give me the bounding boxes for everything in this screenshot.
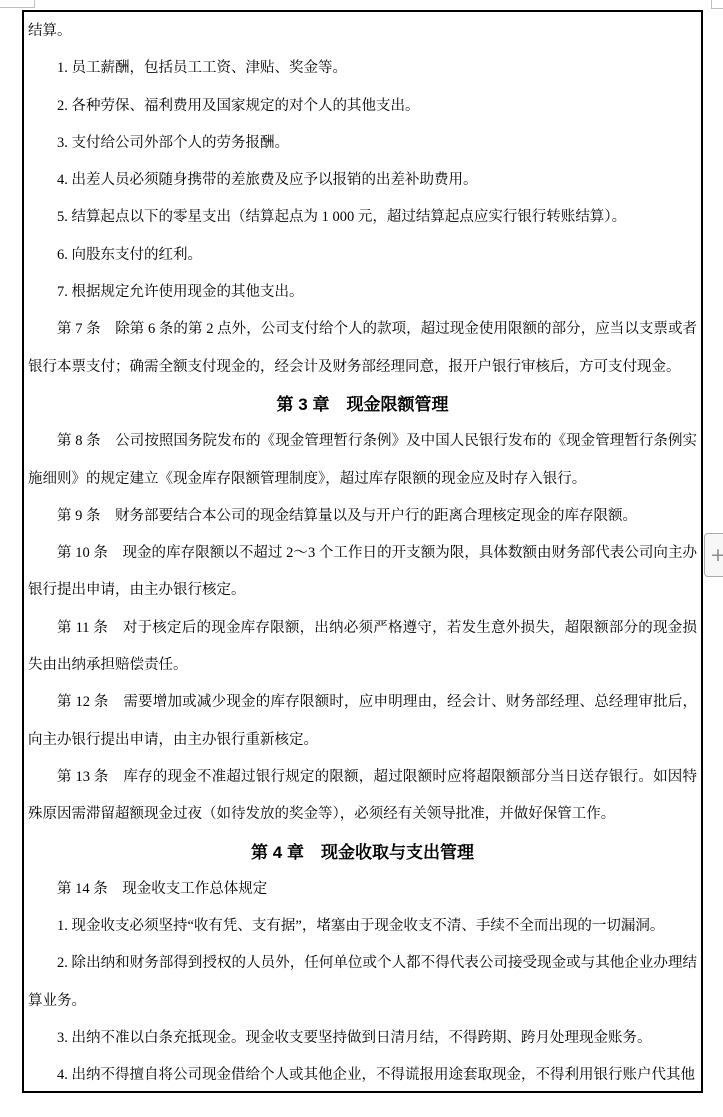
- page-corner-mark-right: [711, 0, 723, 9]
- paragraph: 4. 出差人员必须随身携带的差旅费及应予以报销的出差补助费用。: [28, 162, 697, 199]
- paragraph: 5. 结算起点以下的零星支出（结算起点为 1 000 元，超过结算起点应实行银行…: [28, 199, 697, 236]
- paragraph: 第 13 条 库存的现金不准超过银行规定的限额，超过限额时应将超限额部分当日送存…: [28, 759, 697, 834]
- paragraph: 第 10 条 现金的库存限额以不超过 2～3 个工作日的开支额为限，具体数额由财…: [28, 535, 697, 610]
- section-heading: 第 4 章 现金收取与支出管理: [28, 834, 697, 871]
- expand-plus-button[interactable]: +: [704, 533, 723, 577]
- paragraph: 结算。: [28, 13, 697, 50]
- paragraph: 2. 各种劳保、福利费用及国家规定的对个人的其他支出。: [28, 88, 697, 125]
- paragraph: 7. 根据规定允许使用现金的其他支出。: [28, 274, 697, 311]
- paragraph: 第 9 条 财务部要结合本公司的现金结算量以及与开户行的距离合理核定现金的库存限…: [28, 498, 697, 535]
- paragraph: 2. 除出纳和财务部得到授权的人员外，任何单位或个人都不得代表公司接受现金或与其…: [28, 945, 697, 1020]
- paragraph: 3. 出纳不准以白条充抵现金。现金收支要坚持做到日清月结，不得跨期、跨月处理现金…: [28, 1020, 697, 1057]
- paragraph: 1. 现金收支必须坚持“收有凭、支有据”，堵塞由于现金收支不清、手续不全而出现的…: [28, 908, 697, 945]
- paragraph: 6. 向股东支付的红利。: [28, 237, 697, 274]
- paragraph: 第 11 条 对于核定后的现金库存限额，出纳必须严格遵守，若发生意外损失，超限额…: [28, 610, 697, 685]
- document-page: 结算。1. 员工薪酬，包括员工工资、津贴、奖金等。2. 各种劳保、福利费用及国家…: [22, 10, 703, 1093]
- paragraph: 第 14 条 现金收支工作总体规定: [28, 871, 697, 908]
- paragraph: 第 12 条 需要增加或减少现金的库存限额时，应申明理由，经会计、财务部经理、总…: [28, 684, 697, 759]
- page-corner-mark-left: [0, 0, 35, 8]
- paragraph: 1. 员工薪酬，包括员工工资、津贴、奖金等。: [28, 50, 697, 87]
- paragraph: 第 8 条 公司按照国务院发布的《现金管理暂行条例》及中国人民银行发布的《现金管…: [28, 423, 697, 498]
- paragraph: 3. 支付给公司外部个人的劳务报酬。: [28, 125, 697, 162]
- section-heading: 第 3 章 现金限额管理: [28, 386, 697, 423]
- paragraph: 第 7 条 除第 6 条的第 2 点外，公司支付给个人的款项，超过现金使用限额的…: [28, 311, 697, 386]
- paragraph: 4. 出纳不得擅自将公司现金借给个人或其他企业，不得谎报用途套取现金，不得利用银…: [28, 1057, 697, 1093]
